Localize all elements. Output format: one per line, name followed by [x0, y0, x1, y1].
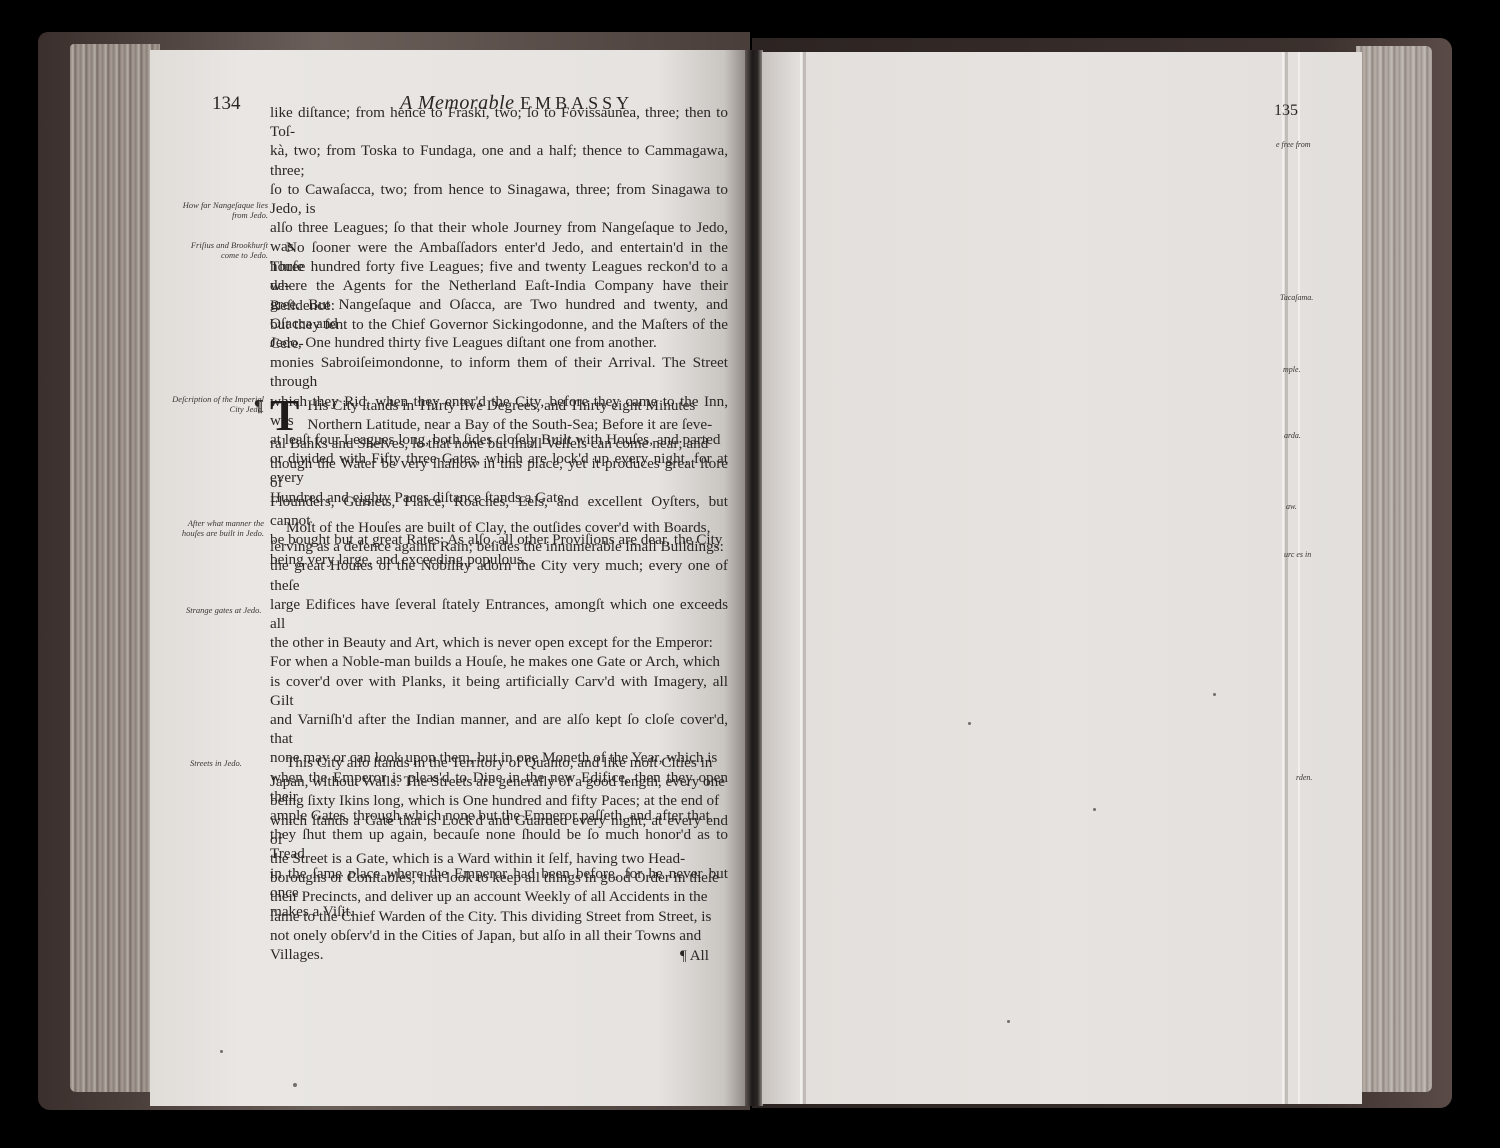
text-line: though the Water be very ſhallow in this…: [270, 454, 728, 492]
text-line: Villages.: [270, 945, 728, 964]
text-line: ſame to the Chief Warden of the City. Th…: [270, 907, 728, 926]
paper-speck: [293, 1083, 297, 1087]
catchword: ¶ All: [680, 948, 709, 965]
text-line: the other in Beauty and Art, which is ne…: [270, 633, 728, 652]
page-edges-right: [1356, 46, 1432, 1092]
edge-note: arda.: [1284, 431, 1301, 440]
text-line: ſerving as a defence againſt Rain; beſid…: [270, 537, 728, 556]
text-line: Northern Latitude, near a Bay of the Sou…: [270, 415, 728, 434]
text-line: where the Agents for the Netherland Eaſt…: [270, 276, 728, 314]
text-line: but they ſent to the Chief Governor Sick…: [270, 315, 728, 353]
text-line: the great Houſes of the Nobility adorn t…: [270, 556, 728, 594]
margin-note: Deſcription of the Imperial City Jedo.: [168, 394, 264, 414]
text-line: Japan, without Walls. The Streets are ge…: [270, 772, 728, 791]
margin-note: How far Nangeſaque lies from Jedo.: [172, 200, 268, 220]
paper-speck: [1007, 1020, 1010, 1023]
pilcrow-mark: ¶: [254, 396, 263, 415]
text-line: kà, two; from Toska to Fundaga, one and …: [270, 141, 728, 179]
fold-shadow: [1285, 52, 1288, 1104]
fold-line: [1282, 52, 1284, 1104]
margin-note: After what manner the houſes are built i…: [172, 518, 264, 538]
edge-note: Tacaſama.: [1280, 293, 1313, 302]
margin-note: Strange gates at Jedo.: [186, 605, 266, 615]
drop-cap: T: [270, 398, 299, 434]
text-line: ral Banks and Shelves, ſo that none but …: [270, 434, 728, 453]
page-edges-left: [70, 44, 160, 1092]
edge-note: aw.: [1286, 502, 1297, 511]
text-line: For when a Noble-man builds a Houſe, he …: [270, 652, 728, 671]
text-line: not onely obſerv'd in the Cities of Japa…: [270, 926, 728, 945]
text-line: This City alſo ſtands in the Territory o…: [270, 753, 728, 772]
right-page: [762, 52, 1362, 1104]
text-line: being ſixty Ikins long, which is One hun…: [270, 791, 728, 810]
paper-speck: [1213, 693, 1216, 696]
paragraph-5: This City alſo ſtands in the Territory o…: [270, 753, 728, 964]
paper-speck: [220, 1050, 223, 1053]
fold-line: [1298, 52, 1300, 1104]
margin-note: Friſius and Brookhurſt come to Jedo.: [172, 240, 268, 260]
text-line: and Varniſh'd after the Indian manner, a…: [270, 710, 728, 748]
text-line: ſo to Cawaſacca, two; from hence to Sina…: [270, 180, 728, 218]
margin-note: Streets in Jedo.: [190, 758, 270, 768]
text-line: large Edifices have ſeveral ſtately Entr…: [270, 595, 728, 633]
text-line: Moſt of the Houſes are built of Clay, th…: [270, 518, 728, 537]
book-gutter: [745, 50, 763, 1106]
paper-speck: [1093, 808, 1096, 811]
text-line: which ſtands a Gate that is Lock'd and G…: [270, 811, 728, 849]
fold-line: [800, 52, 802, 1104]
text-line: their Precincts, and deliver up an accou…: [270, 887, 728, 906]
text-line: boroughs or Conſtables, that look to kee…: [270, 868, 728, 887]
text-line: the Street is a Gate, which is a Ward wi…: [270, 849, 728, 868]
text-line: No ſooner were the Ambaſſadors enter'd J…: [270, 238, 728, 276]
edge-note: e free from: [1276, 140, 1311, 149]
page-number: 134: [212, 93, 241, 115]
text-line: monies Sabroiſeimondonne, to inform them…: [270, 353, 728, 391]
text-line: His City ſtands in Thirty five Degrees, …: [270, 396, 728, 415]
text-line: is cover'd over with Planks, it being ar…: [270, 672, 728, 710]
edge-note: mple.: [1283, 365, 1301, 374]
fold-shadow: [803, 52, 806, 1104]
edge-note: rden.: [1296, 773, 1312, 782]
text-line: like diſtance; from hence to Fraski, two…: [270, 103, 728, 141]
paper-speck: [968, 722, 971, 725]
page-number-right: 135: [1274, 102, 1298, 120]
edge-note: urc es in: [1284, 550, 1311, 559]
